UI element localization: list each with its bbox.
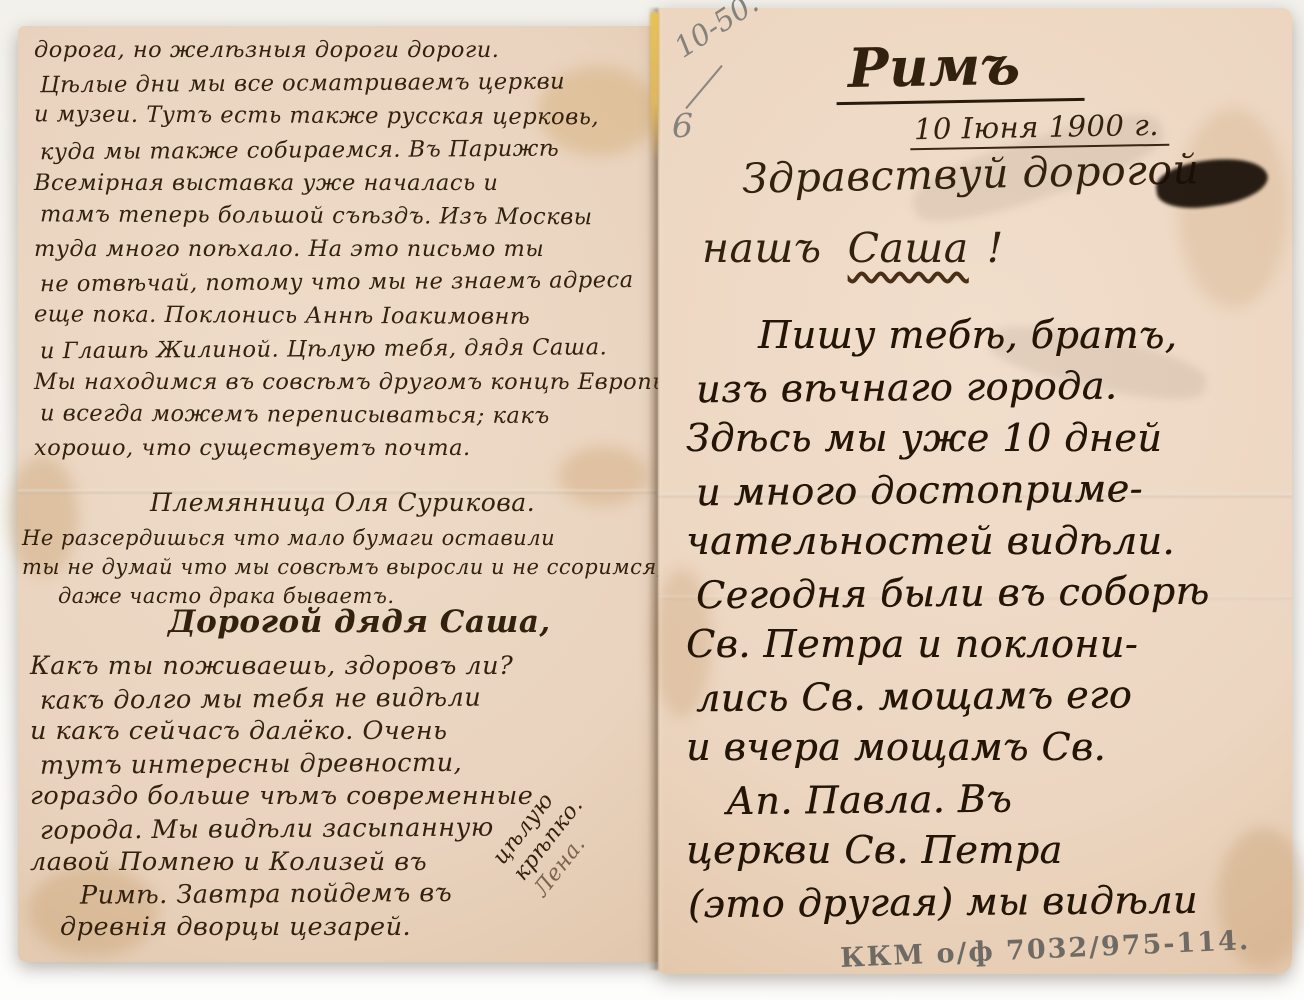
handwritten-line: и какъ сейчасъ далёко. Очень [30, 715, 533, 748]
handwritten-line: чательностей видѣли. [686, 516, 1210, 568]
pencil-price-mark: 10-50. [668, 0, 764, 65]
handwritten-line: Здѣсь мы уже 10 дней [686, 413, 1210, 465]
handwritten-line: Ап. Павла. Въ [726, 771, 1210, 827]
letter-body: Пишу тебѣ, братъ, изъ вѣчнаго города. Зд… [686, 310, 1210, 928]
handwritten-line: куда мы также собираемся. Въ Парижѣ [40, 131, 679, 169]
greeting-exclamation: ! [987, 224, 1004, 272]
handwritten-line: Какъ ты поживаешь, здоровъ ли? [30, 650, 533, 683]
handwritten-line: и много достоприме- [696, 462, 1210, 518]
handwritten-line: Цѣлые дни мы все осматриваемъ церкви [40, 65, 679, 103]
handwritten-line: изъ вѣчнаго города. [696, 359, 1210, 415]
handwritten-line: гораздо больше чѣмъ современные [30, 780, 533, 813]
handwritten-line: лись Св. мощамъ его [696, 668, 1210, 724]
handwritten-line: тутъ интересны древности, [40, 746, 534, 782]
greeting-line-1: Здравствуй дорогой [742, 145, 1200, 203]
greeting-line-2: нашъСаша! [702, 224, 1004, 272]
salutation-dear-uncle: Дорогой дядя Саша, [168, 604, 551, 640]
letter-page-right: 10-50. 6 Римъ 10 Іюня 1900 г. Здравствуй… [658, 8, 1292, 974]
letter-paragraph-postscript: Не разсердишься что мало бумаги оставили… [22, 524, 664, 611]
letter-scan: дорога, но желѣзныя дороги дороги. Цѣлые… [0, 0, 1304, 1000]
letter-city-heading: Римъ [835, 32, 1085, 105]
handwritten-line: туда много поѣхало. На это письмо ты [34, 233, 679, 266]
handwritten-line: Пишу тебѣ, братъ, [758, 310, 1210, 362]
handwritten-line: и вчера мощамъ Св. [686, 722, 1210, 774]
handwritten-line: и Глашѣ Жилиной. Цѣлую тебя, дядя Саша. [40, 331, 679, 369]
letter-paragraph-travel-news: дорога, но желѣзныя дороги дороги. Цѣлые… [34, 34, 679, 466]
handwritten-line: еще пока. Поклонись Аннѣ Іоакимовнѣ [34, 298, 679, 335]
letter-page-left: дорога, но желѣзныя дороги дороги. Цѣлые… [18, 26, 658, 962]
handwritten-line: церкви Св. Петра [686, 825, 1210, 877]
handwritten-line: (это другая) мы видѣли [688, 874, 1210, 930]
letter-paragraph-lena: Какъ ты поживаешь, здоровъ ли? какъ долг… [30, 650, 533, 943]
page-edge-highlight [650, 12, 659, 162]
handwritten-line: Сегодня были въ соборѣ [696, 565, 1210, 621]
handwritten-line: Не разсердишься что мало бумаги оставили [22, 524, 664, 553]
handwritten-line: лавой Помпею и Колизей въ [30, 846, 533, 879]
handwritten-line: тамъ теперь большой съѣздъ. Изъ Москвы [40, 198, 679, 235]
pencil-number-mark: 6 [672, 106, 693, 145]
handwritten-line: Св. Петра и поклони- [686, 619, 1210, 671]
handwritten-line: какъ долго мы тебя не видѣли [40, 681, 534, 717]
handwritten-line: ты не думай что мы совсѣмъ выросли и не … [22, 553, 664, 582]
letter-date: 10 Іюня 1900 г. [910, 108, 1170, 151]
pencil-slash-mark [685, 65, 723, 109]
handwritten-line: Мы находимся въ совсѣмъ другомъ концѣ Ев… [34, 366, 679, 399]
museum-inventory-number: ККМ о/ф 7032/975-114. [840, 925, 1251, 974]
handwritten-line: Римѣ. Завтра пойдемъ въ [80, 877, 534, 913]
signature-olya-surikova: Племянница Оля Сурикова. [150, 488, 535, 517]
handwritten-line: хорошо, что существуетъ почта. [34, 432, 679, 465]
handwritten-line: древнія дворцы цезарей. [60, 911, 533, 944]
greeting-our: нашъ [702, 224, 822, 272]
handwritten-line: и всегда можемъ переписываться; какъ [40, 398, 679, 435]
handwritten-line: города. Мы видѣли засыпанную [40, 811, 534, 847]
handwritten-line: не отвѣчай, потому что мы не знаемъ адре… [40, 264, 679, 302]
handwritten-line: дорога, но желѣзныя дороги дороги. [34, 34, 679, 67]
greeting-name-sasha: Саша [848, 224, 969, 272]
handwritten-line: Всемірная выставка уже началась и [34, 167, 679, 200]
handwritten-line: и музеи. Тутъ есть также русская церковь… [34, 99, 679, 136]
